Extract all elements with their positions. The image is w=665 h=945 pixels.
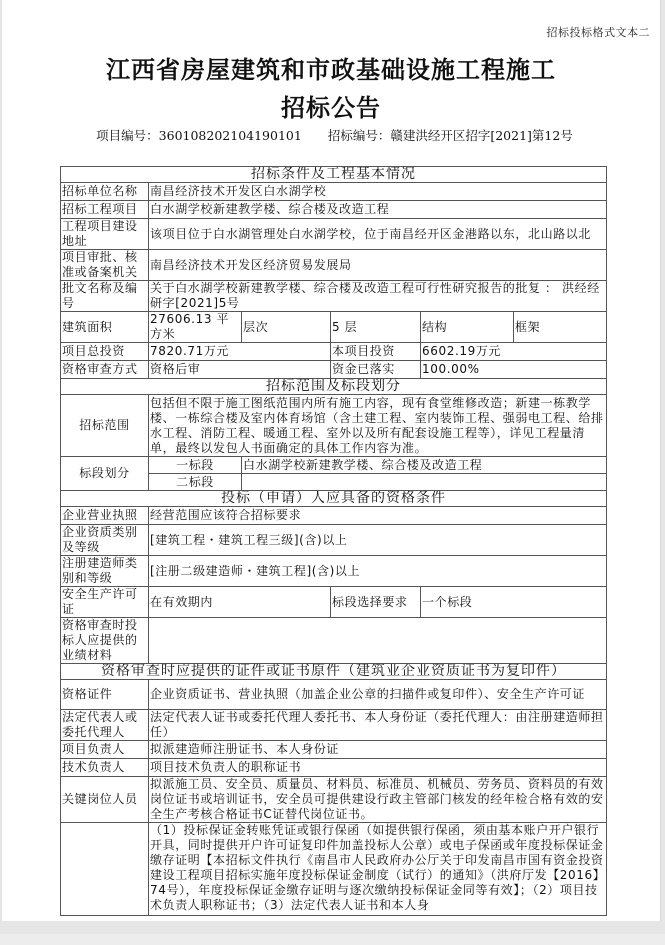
review-label: 资格审查方式 xyxy=(61,361,149,379)
safety-value: 在有效期内 xyxy=(149,587,331,618)
document-numbers: 项目编号：360108202104190101招标编号：赣建洪经开区招字[202… xyxy=(2,126,665,144)
floors-label: 层次 xyxy=(242,312,331,343)
review-value: 资格后审 xyxy=(149,361,331,379)
section-basic-header: 招标条件及工程基本情况 xyxy=(61,167,607,183)
project-no: 360108202104190101 xyxy=(159,128,302,143)
tender-notice-table: 招标条件及工程基本情况 招标单位名称 南昌经济技术开发区白水湖学校 招标工程项目… xyxy=(60,166,607,916)
grade-value: [建筑工程・建筑工程三级](含)以上 xyxy=(149,525,607,556)
cert-label: 资格证件 xyxy=(61,680,149,710)
project-label: 招标工程项目 xyxy=(61,201,149,219)
lot-1-content: 白水湖学校新建教学楼、综合楼及改造工程 xyxy=(242,457,607,474)
tech-lead-value: 项目技术负责人的职称证书 xyxy=(149,759,607,777)
other-docs-value: （1）投标保证金转账凭证或银行保函（如提供银行保函，须由基本账户开户银行开具，同… xyxy=(149,823,607,916)
structure-label: 结构 xyxy=(421,312,514,343)
performance-label: 资格审查时投标人应提供的业绩材料 xyxy=(61,618,149,664)
safety-label: 安全生产许可证 xyxy=(61,587,149,618)
key-staff-value: 拟派施工员、安全员、质量员、材料员、标准员、机械员、劳务员、资料员的有效岗位证书… xyxy=(149,777,607,823)
approval-org-label: 项目审批、核准或备案机关 xyxy=(61,250,149,281)
other-docs-label xyxy=(61,823,149,916)
legal-rep-value: 法定代表人证书或委托代理人委托书、本人身份证（委托代理人：由注册建造师担任） xyxy=(149,710,607,741)
funds-value: 100.00% xyxy=(421,361,607,379)
grade-label: 企业资质类别及等级 xyxy=(61,525,149,556)
key-staff-label: 关键岗位人员 xyxy=(61,777,149,823)
project-value: 白水湖学校新建教学楼、综合楼及改造工程 xyxy=(149,201,607,219)
legal-rep-label: 法定代表人或委托代理人 xyxy=(61,710,149,741)
license-value: 经营范围应该符合招标要求 xyxy=(149,507,607,525)
approval-doc-label: 批文名称及编号 xyxy=(61,281,149,312)
lots-label: 标段划分 xyxy=(61,457,149,491)
section-scope-header: 招标范围及标段划分 xyxy=(61,379,607,395)
cert-value: 企业资质证书、营业执照（加盖企业公章的扫描件或复印件）、安全生产许可证 xyxy=(149,680,607,710)
address-label: 工程项目建设地址 xyxy=(61,219,149,250)
scope-value: 包括但不限于施工图纸范围内所有施工内容，现有食堂维修改造；新建一栋教学楼、一栋综… xyxy=(149,395,607,457)
lot-2-content xyxy=(242,474,607,491)
area-value: 27606.13 平方米 xyxy=(149,312,242,343)
lot-req-label: 标段选择要求 xyxy=(331,587,421,618)
license-label: 企业营业执照 xyxy=(61,507,149,525)
lot-2-name: 二标段 xyxy=(149,474,242,491)
scope-label: 招标范围 xyxy=(61,395,149,457)
section-qualification-header: 投标（申请）人应具备的资格条件 xyxy=(61,491,607,507)
page-title: 江西省房屋建筑和市政基础设施工程施工 xyxy=(2,50,660,85)
project-manager-label: 项目负责人 xyxy=(61,741,149,759)
structure-value: 框架 xyxy=(514,312,607,343)
tenderer-label: 招标单位名称 xyxy=(61,183,149,201)
total-invest-label: 项目总投资 xyxy=(61,343,149,361)
next-page-edge xyxy=(0,934,665,945)
builder-value: [注册二级建造师・建筑工程](含)以上 xyxy=(149,556,607,587)
tender-no-label: 招标编号： xyxy=(328,126,391,144)
section-header-row: 招标条件及工程基本情况 xyxy=(61,167,607,183)
address-value: 该项目位于白水湖管理处白水湖学校，位于南昌经开区金港路以东，北山路以北 xyxy=(149,219,607,250)
builder-label: 注册建造师类别和等级 xyxy=(61,556,149,587)
funds-label: 资金已落实 xyxy=(331,361,421,379)
document-format-tag: 招标投标格式文本二 xyxy=(547,24,651,40)
this-invest-value: 6602.19万元 xyxy=(421,343,607,361)
performance-value xyxy=(149,618,607,664)
tech-lead-label: 技术负责人 xyxy=(61,759,149,777)
tender-no: 赣建洪经开区招字[2021]第12号 xyxy=(390,126,572,144)
approval-doc-value: 关于白水湖学校新建教学楼、综合楼及改造工程可行性研究报告的批复 ： 洪经经研字[… xyxy=(149,281,607,312)
other-docs-text: （1）投标保证金转账凭证或银行保函（如提供银行保函，须由基本账户开户银行开具，同… xyxy=(150,823,605,915)
project-manager-value: 拟派建造师注册证书、本人身份证 xyxy=(149,741,607,759)
this-invest-label: 本项目投资 xyxy=(331,343,421,361)
approval-org-value: 南昌经济技术开发区经济贸易发展局 xyxy=(149,250,607,281)
lot-req-value: 一个标段 xyxy=(421,587,607,618)
page-subtitle: 招标公告 xyxy=(2,88,660,123)
area-label: 建筑面积 xyxy=(61,312,149,343)
project-no-label: 项目编号： xyxy=(96,126,159,144)
tenderer-value: 南昌经济技术开发区白水湖学校 xyxy=(149,183,607,201)
floors-value: 5 层 xyxy=(331,312,421,343)
section-originals-header: 资格审查时应提供的证件或证书原件（建筑业企业资质证书为复印件） xyxy=(61,664,607,680)
lot-1-name: 一标段 xyxy=(149,457,242,474)
total-invest-value: 7820.71万元 xyxy=(149,343,331,361)
